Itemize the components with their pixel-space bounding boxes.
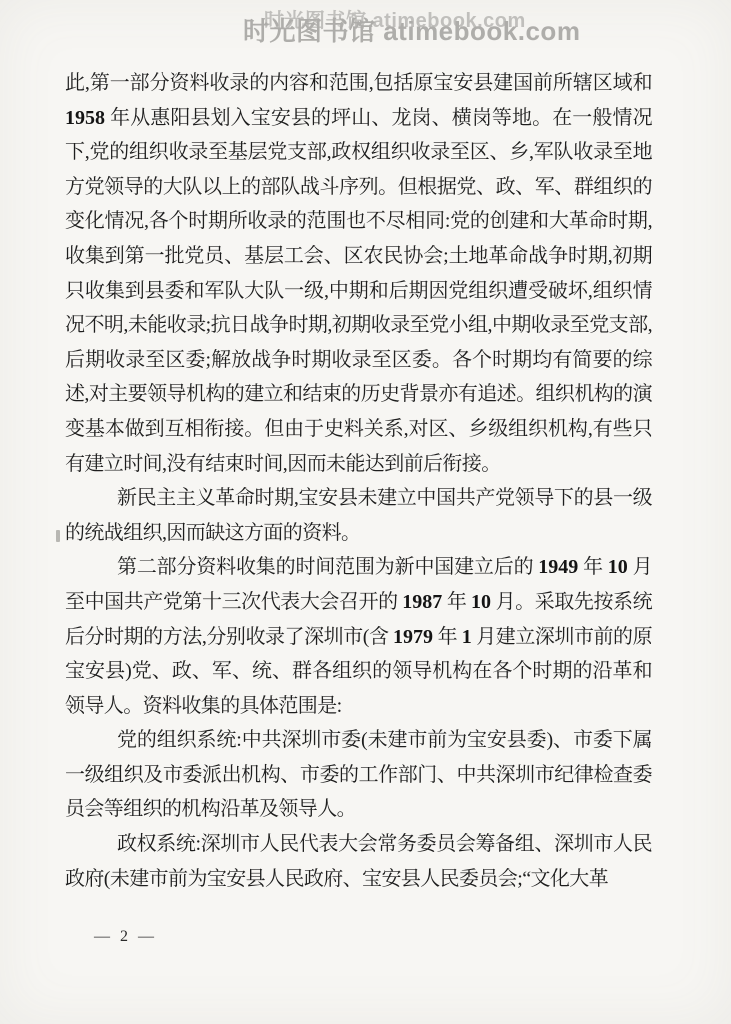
paragraph: 党的组织系统:中共深圳市委(未建市前为宝安县委)、市委下属一级组织及市委派出机构… (65, 723, 652, 827)
body-text-segment: 年 (442, 591, 471, 613)
watermark-main-text: 时光图书馆 atimebook.com (243, 11, 580, 48)
body-text-segment: 党的组织系统:中共深圳市委(未建市前为宝安县委)、市委下属一级组织及市委派出机构… (65, 729, 652, 820)
paragraph: 新民主主义革命时期,宝安县未建立中国共产党领导下的县一级的统战组织,因而缺这方面… (65, 481, 652, 550)
body-text-segment: 政权系统:深圳市人民代表大会常务委员会筹备组、深圳市人民政府(未建市前为宝安县人… (65, 833, 652, 890)
body-text-segment: 新民主主义革命时期,宝安县未建立中国共产党领导下的县一级的统战组织,因而缺这方面… (65, 487, 652, 544)
paragraph: 政权系统:深圳市人民代表大会常务委员会筹备组、深圳市人民政府(未建市前为宝安县人… (65, 827, 652, 896)
body-text-segment: 年从惠阳县划入宝安县的坪山、龙岗、横岗等地。在一般情况下,党的组织收录至基层党支… (65, 107, 652, 475)
page-number: — 2 — (94, 928, 157, 946)
bold-number: 1958 (65, 107, 105, 129)
bold-number: 1979 (393, 626, 433, 648)
bold-number: 1987 (402, 591, 442, 613)
body-text-segment: 第二部分资料收集的时间范围为新中国建立后的 (117, 556, 538, 578)
body-text-segment: 此,第一部分资料收录的内容和范围,包括原宝安县建国前所辖区域和 (65, 72, 652, 94)
scanned-book-page: 时光图书馆 atimebook.com 时光图书馆 atimebook.com … (0, 0, 731, 1024)
body-text-segment: 年 (433, 626, 462, 648)
paragraph: 第二部分资料收集的时间范围为新中国建立后的 1949 年 10 月至中国共产党第… (65, 550, 652, 723)
page-body: 此,第一部分资料收录的内容和范围,包括原宝安县建国前所辖区域和 1958 年从惠… (65, 66, 652, 896)
bold-number: 10 (471, 591, 491, 613)
bold-number: 1949 (538, 556, 578, 578)
bold-number: 1 (462, 626, 472, 648)
bold-number: 10 (608, 556, 628, 578)
paragraph: 此,第一部分资料收录的内容和范围,包括原宝安县建国前所辖区域和 1958 年从惠… (65, 66, 652, 481)
scan-artifact-speck (56, 530, 60, 542)
watermark-ghost-text: 时光图书馆 atimebook.com (264, 4, 526, 33)
body-text-segment: 年 (578, 556, 608, 578)
